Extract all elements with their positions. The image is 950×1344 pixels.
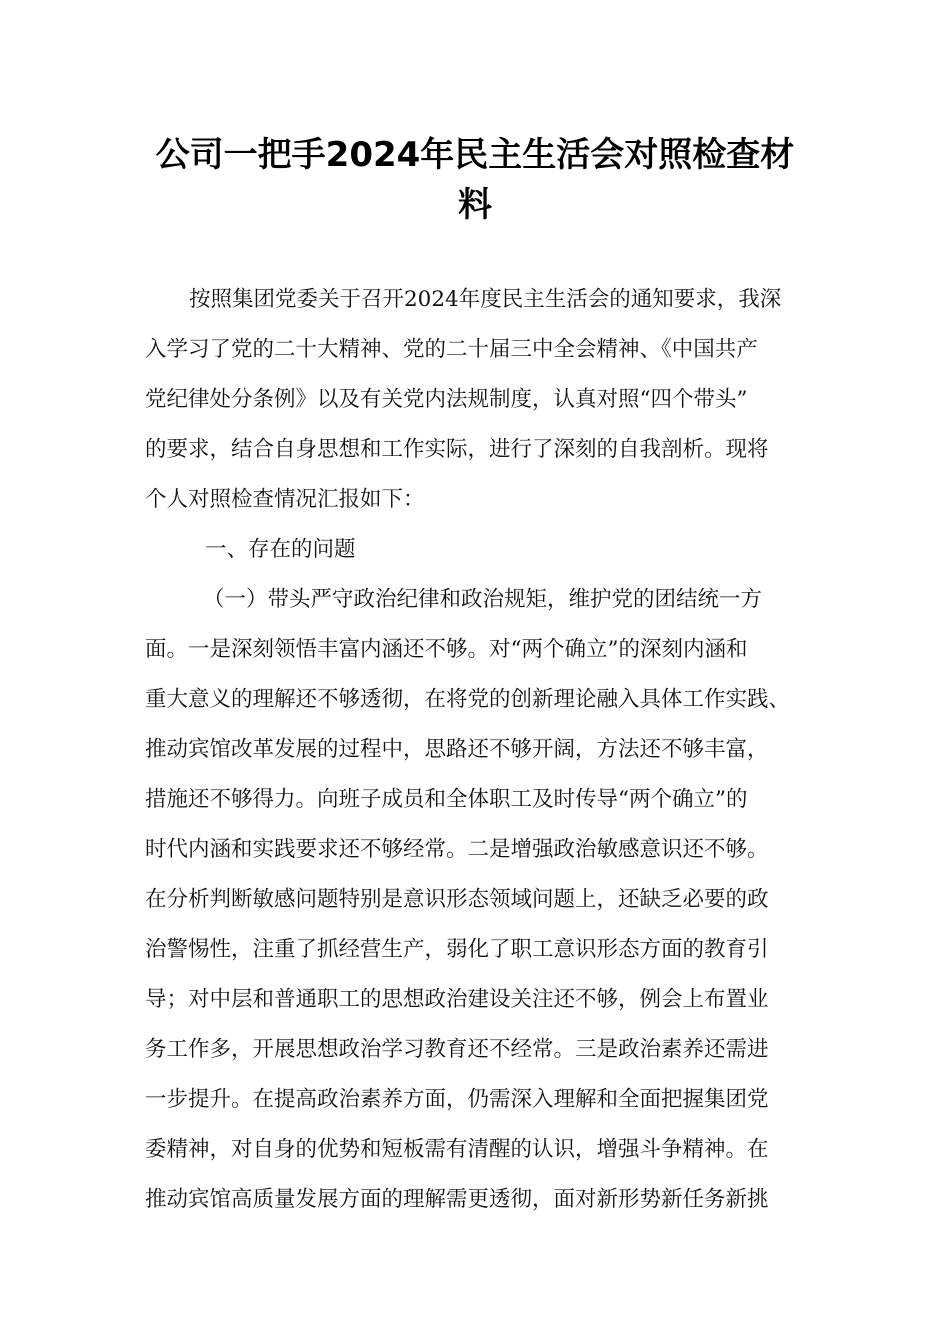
paragraph-line: 在分析判断敏感问题特别是意识形态领域问题上，还缺乏必要的政 bbox=[145, 886, 769, 914]
paragraph-line: 推动宾馆高质量发展方面的理解需更透彻，面对新形势新任务新挑 bbox=[145, 1186, 769, 1214]
paragraph-line: 措施还不够得力。向班子成员和全体职工及时传导“两个确立”的 bbox=[145, 786, 748, 814]
section-heading: 一、存在的问题 bbox=[205, 536, 356, 564]
paragraph-intro-line: 党纪律处分条例》以及有关党内法规制度，认真对照“四个带头” bbox=[145, 386, 748, 414]
paragraph-intro-line: 个人对照检查情况汇报如下： bbox=[145, 486, 425, 514]
paragraph-line: 务工作多，开展思想政治学习教育还不经常。三是政治素养还需进 bbox=[145, 1036, 769, 1064]
paragraph-line: 时代内涵和实践要求还不够经常。二是增强政治敏感意识还不够。 bbox=[145, 836, 769, 864]
paragraph-line: 重大意义的理解还不够透彻，在将党的创新理论融入具体工作实践、 bbox=[145, 686, 790, 714]
paragraph-line: 面。一是深刻领悟丰富内涵还不够。对“两个确立”的深刻内涵和 bbox=[145, 636, 748, 664]
paragraph-line: 治警惕性，注重了抓经营生产，弱化了职工意识形态方面的教育引 bbox=[145, 936, 769, 964]
document-page: 公司一把手2024年民主生活会对照检查材 料 按照集团党委关于召开2024年度民… bbox=[0, 0, 950, 1344]
paragraph-intro-line: 按照集团党委关于召开2024年度民主生活会的通知要求，我深 bbox=[189, 286, 781, 314]
paragraph-intro-line: 的要求，结合自身思想和工作实际，进行了深刻的自我剖析。现将 bbox=[145, 436, 769, 464]
paragraph-line: 推动宾馆改革发展的过程中，思路还不够开阔，方法还不够丰富， bbox=[145, 736, 769, 764]
paragraph-line: 一步提升。在提高政治素养方面，仍需深入理解和全面把握集团党 bbox=[145, 1086, 769, 1114]
subsection-heading-line: （一）带头严守政治纪律和政治规矩，维护党的团结统一方 bbox=[203, 586, 762, 614]
paragraph-line: 导；对中层和普通职工的思想政治建设关注还不够，例会上布置业 bbox=[145, 986, 769, 1014]
paragraph-intro-line: 入学习了党的二十大精神、党的二十届三中全会精神、《中国共产 bbox=[145, 336, 758, 364]
document-title-line-2: 料 bbox=[0, 185, 950, 225]
document-title-line-1: 公司一把手2024年民主生活会对照检查材 bbox=[0, 135, 950, 175]
paragraph-line: 委精神，对自身的优势和短板需有清醒的认识，增强斗争精神。在 bbox=[145, 1136, 769, 1164]
